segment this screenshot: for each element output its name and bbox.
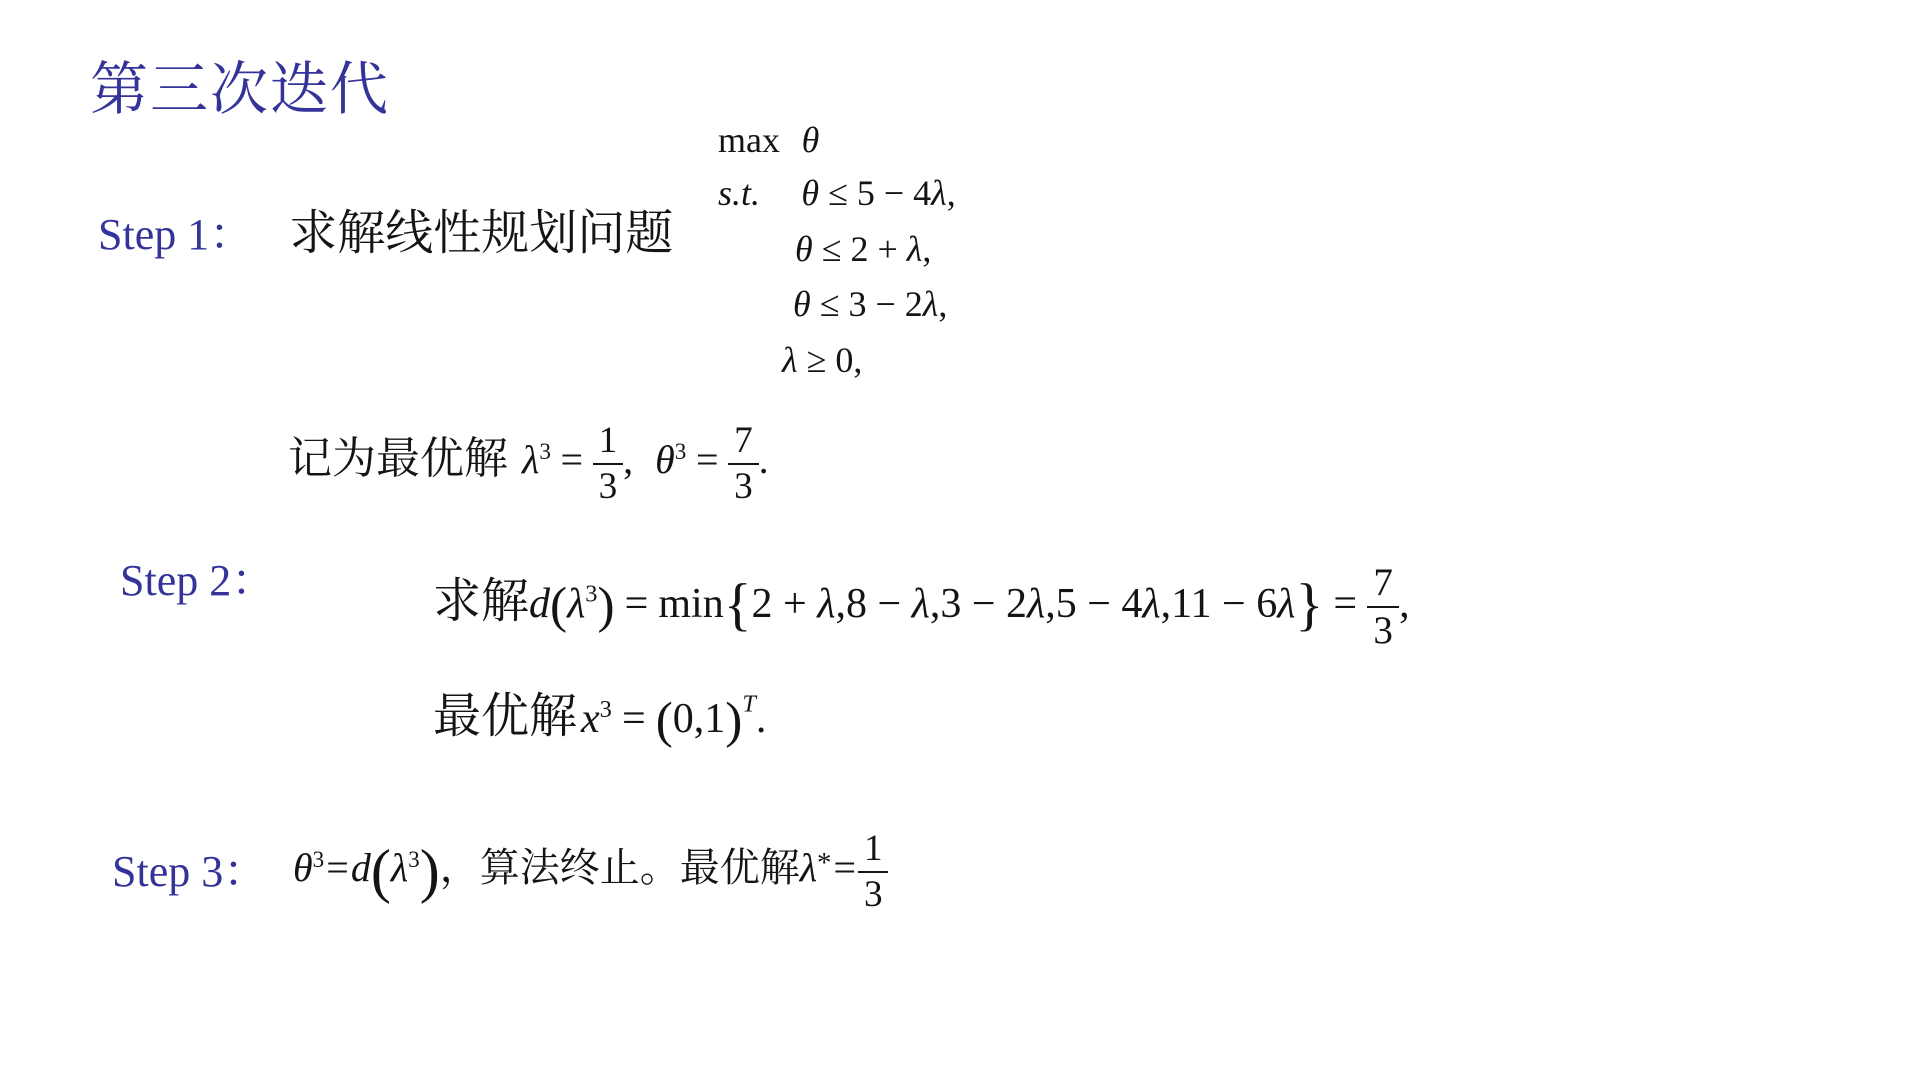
fraction-seven-thirds: 73 [1367, 562, 1399, 652]
step1-label: Step 1： [98, 210, 253, 259]
note-theta-sup: 3 [675, 439, 687, 465]
equals: = [625, 581, 649, 627]
lp-objective-row: maxθ [718, 120, 819, 160]
min-term-var: λ [817, 581, 835, 627]
constraint3-lambda: λ [923, 284, 939, 324]
constraint2-comma: , [922, 229, 931, 269]
fraction-denominator: 3 [593, 465, 623, 507]
equals: = [833, 845, 856, 890]
fraction-one-third: 13 [593, 421, 623, 507]
step3-label: Step 3： [112, 847, 267, 896]
close-paren: ) [725, 692, 742, 749]
fraction-denominator: 3 [1367, 608, 1399, 652]
note-theta: θ [655, 437, 675, 482]
lambda-var: λ [391, 845, 408, 890]
step1-row: Step 1：求解线性规划问题 [98, 207, 673, 261]
equals: = [622, 696, 646, 742]
constraint3-expr: ≤ 3 − 2 [811, 284, 923, 324]
fraction-numerator: 7 [728, 421, 758, 465]
note-lambda-sup: 3 [539, 439, 551, 465]
constraint2-lambda: λ [907, 229, 923, 269]
close-paren: ) [597, 577, 614, 634]
equals: = [326, 845, 349, 890]
lp-constraint-row-3: θ ≤ 3 − 2λ, [793, 284, 947, 324]
period: . [756, 696, 767, 742]
lp-constraint-row-1: s.t.θ ≤ 5 − 4λ, [718, 173, 956, 213]
step2-solve-text: 求解 [433, 575, 529, 628]
constraint3-var: θ [793, 284, 811, 324]
min-term: ,11 − 6 [1161, 581, 1278, 627]
step2-dual-formula: 求解d(λ3)=min{2 + λ,8 − λ,3 − 2λ,5 − 4λ,11… [433, 562, 1410, 652]
termination-text: 算法终止。最优解 [480, 845, 800, 890]
constraint4-expr: ≥ 0 [798, 340, 854, 380]
min-term: 2 + [752, 581, 818, 627]
dual-function-d: d [351, 845, 371, 890]
constraint2-var: θ [795, 229, 813, 269]
fraction-numerator: 7 [1367, 562, 1399, 608]
constraint3-comma: , [938, 284, 947, 324]
step1-text: 求解线性规划问题 [289, 207, 673, 260]
open-brace: { [724, 572, 752, 637]
theta-var: θ [293, 845, 313, 890]
lambda-var: λ [567, 581, 585, 627]
step2-comma: , [1399, 581, 1410, 627]
min-term: ,5 − 4 [1045, 581, 1142, 627]
transpose-sup: T [742, 690, 756, 717]
subject-to-label: s.t. [718, 173, 760, 213]
lambda-star-var: λ [800, 845, 817, 890]
step2-optimal-x-line: 最优解x3=(0,1)T. [433, 690, 766, 749]
open-paren: ( [550, 577, 567, 634]
fraction-numerator: 1 [593, 421, 623, 465]
vector-values: 0,1 [673, 696, 726, 742]
objective-variable: θ [802, 120, 820, 160]
fraction-numerator: 1 [858, 829, 888, 873]
fraction-one-third: 13 [858, 829, 888, 915]
lp-constraint-row-2: θ ≤ 2 + λ, [795, 229, 931, 269]
constraint1-comma: , [947, 173, 956, 213]
constraint2-expr: ≤ 2 + [813, 229, 907, 269]
close-paren: ) [420, 838, 440, 904]
dual-function-d: d [529, 581, 550, 627]
step2-label: Step 2： [120, 556, 275, 605]
note-lambda: λ [522, 437, 539, 482]
optimal-solution-note: 记为最优解λ3=13,θ3=73. [288, 421, 769, 507]
open-paren: ( [656, 692, 673, 749]
close-brace: } [1295, 572, 1323, 637]
min-term: ,8 − [835, 581, 911, 627]
fraction-denominator: 3 [858, 873, 888, 915]
star-sup: * [817, 847, 831, 879]
step3-termination-line: θ3=d(λ3)，算法终止。最优解λ*=13 [293, 829, 888, 915]
note-prefix: 记为最优解 [288, 434, 508, 483]
lambda-sup: 3 [585, 581, 597, 608]
equals: = [1333, 581, 1357, 627]
fraction-seven-thirds: 73 [728, 421, 758, 507]
optimal-solution-text: 最优解 [433, 690, 577, 743]
constraint1-expr: ≤ 5 − 4 [819, 173, 931, 213]
note-equals-1: = [561, 437, 584, 482]
constraint1-lambda: λ [931, 173, 947, 213]
constraint4-comma: , [853, 340, 862, 380]
min-keyword: min [658, 581, 723, 627]
slide-canvas: 第三次迭代 maxθ s.t.θ ≤ 5 − 4λ, θ ≤ 2 + λ, θ … [0, 0, 1920, 1080]
note-equals-2: = [696, 437, 719, 482]
lambda-sup: 3 [408, 847, 420, 873]
constraint1-var: θ [801, 173, 819, 213]
x-sup: 3 [600, 696, 612, 723]
open-paren: ( [371, 838, 391, 904]
x-var: x [581, 696, 600, 742]
cjk-comma: ， [440, 845, 480, 890]
min-term: ,3 − 2 [930, 581, 1027, 627]
min-term-var: λ [1142, 581, 1160, 627]
constraint4-lambda: λ [782, 340, 798, 380]
lp-constraint-row-4: λ ≥ 0, [782, 340, 862, 380]
min-term-var: λ [912, 581, 930, 627]
min-term-var: λ [1027, 581, 1045, 627]
note-comma: , [623, 437, 633, 482]
fraction-denominator: 3 [728, 465, 758, 507]
theta-sup: 3 [313, 847, 325, 873]
note-period: . [759, 437, 769, 482]
slide-title: 第三次迭代 [90, 58, 390, 123]
max-keyword: max [718, 120, 780, 160]
min-term-var: λ [1277, 581, 1295, 627]
